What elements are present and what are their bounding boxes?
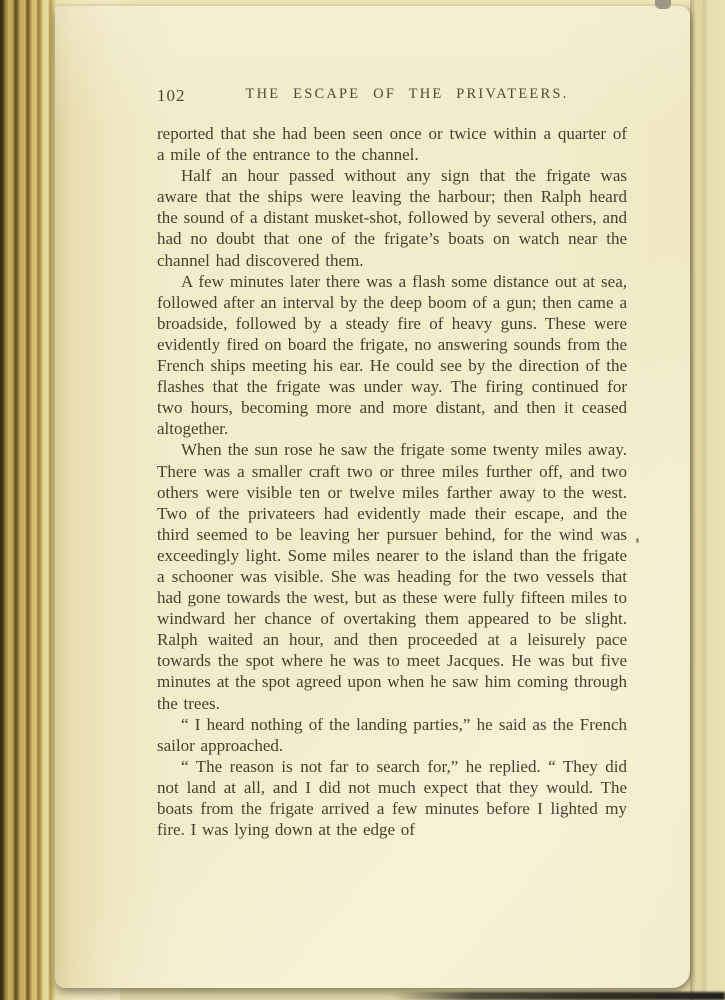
paragraph-continuation: reported that she had been seen once or … (157, 123, 627, 165)
page-number: 102 (157, 86, 186, 106)
top-edge-notch (655, 0, 671, 9)
book-page: 102 THE ESCAPE OF THE PRIVATEERS. report… (55, 6, 690, 988)
fore-edge-page-stack (690, 0, 725, 1000)
paragraph-dialogue: “ The reason is not far to search for,” … (157, 756, 627, 840)
paragraph-dialogue: “ I heard nothing of the landing parties… (157, 714, 627, 756)
page-text-block: reported that she had been seen once or … (157, 123, 627, 840)
scanner-bed-shadow (390, 992, 725, 1000)
paragraph: A few minutes later there was a flash so… (157, 271, 627, 440)
paper-speck (636, 538, 639, 543)
running-title: THE ESCAPE OF THE PRIVATEERS. (157, 86, 627, 103)
paragraph: Half an hour passed without any sign tha… (157, 165, 627, 270)
book-scan: 102 THE ESCAPE OF THE PRIVATEERS. report… (0, 0, 725, 1000)
paragraph: When the sun rose he saw the frigate som… (157, 439, 627, 713)
page-header: 102 THE ESCAPE OF THE PRIVATEERS. (157, 86, 627, 108)
